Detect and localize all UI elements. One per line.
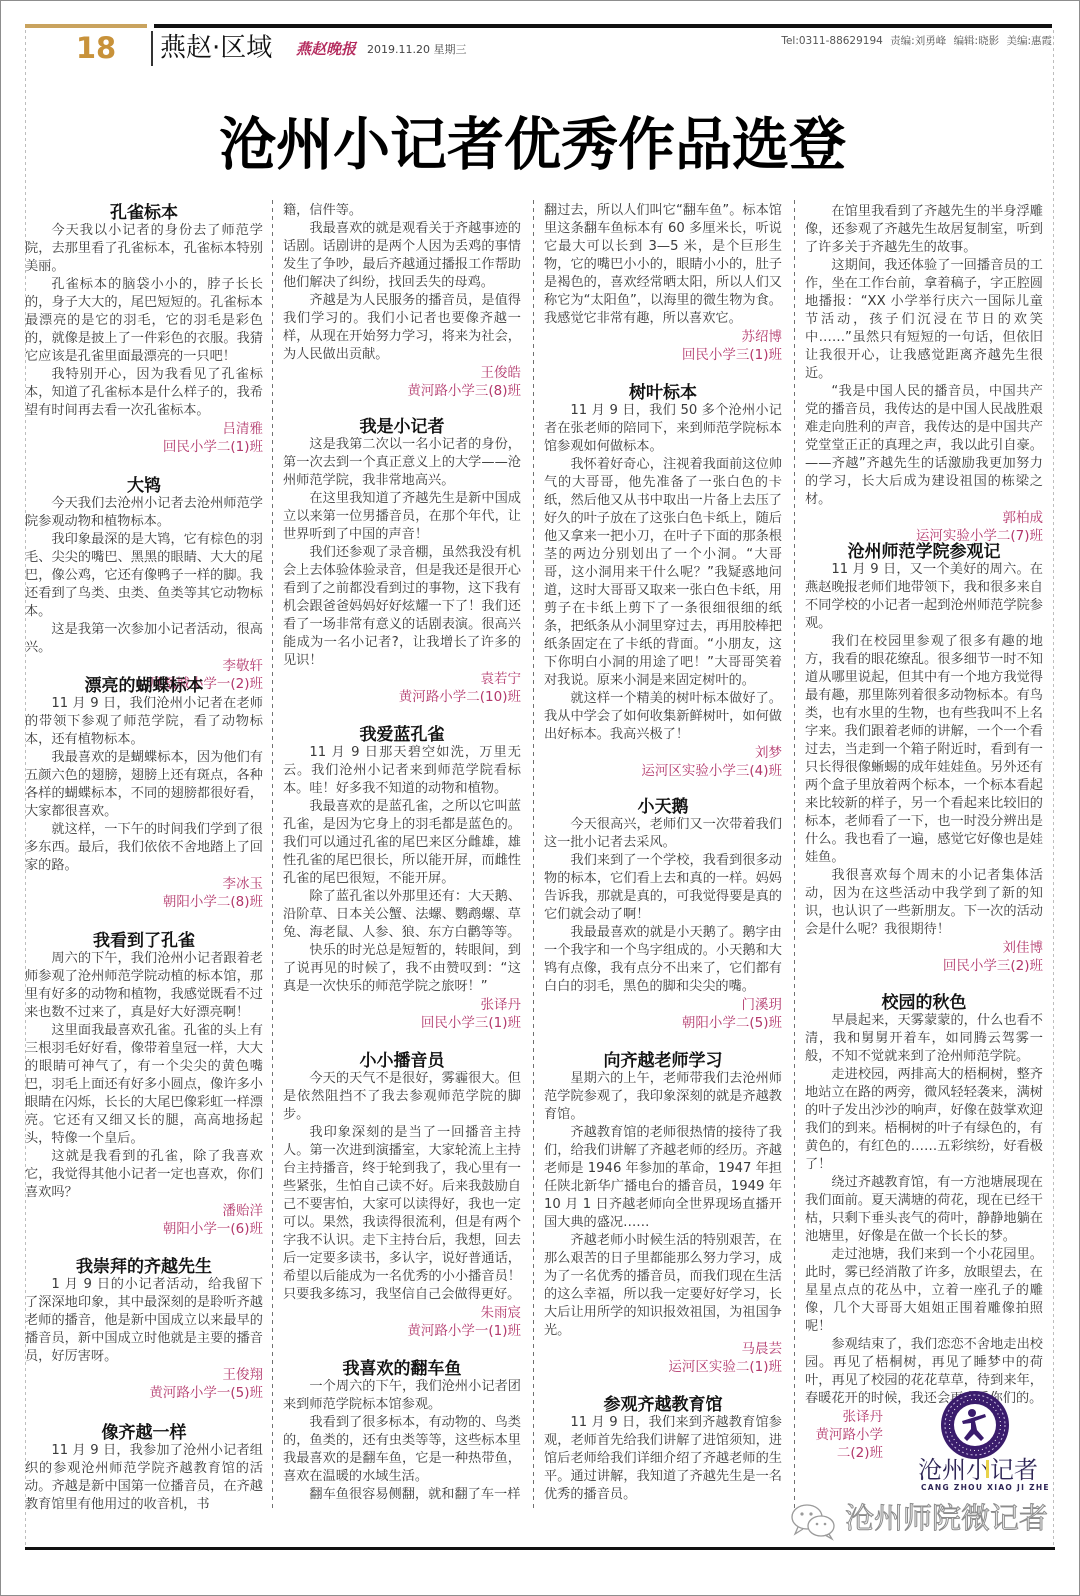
article: 孔雀标本今天我以小记者的身份去了师范学院，去那里看了孔雀标本，孔雀标本特别美丽。… <box>25 204 263 456</box>
paragraph: 这是我第二次以一名小记者的身份，第一次去到一个真正意义上的大学——沧州师范学院，… <box>283 436 521 490</box>
paragraph: 11 月 9 日，我们 50 多个沧州小记者在张老师的陪同下，来到师范学院标本馆… <box>544 402 782 456</box>
author-name: 苏绍博 <box>544 328 782 346</box>
paragraph: 这是我第一次参加小记者活动，很高兴。 <box>25 621 263 657</box>
paragraph: 我最喜欢的是蝴蝶标本，因为他们有五颜六色的翅膀，翅膀上还有斑点，各种各样的蝴蝶标… <box>25 749 263 821</box>
paragraph: 11 月 9 日那天碧空如洗，万里无云。我们沧州小记者来到师范学院看标本。哇！好… <box>283 744 521 798</box>
article-title: 大鸨 <box>25 477 263 495</box>
article-title: 漂亮的蝴蝶标本 <box>25 677 263 695</box>
author-name: 李冰玉 <box>25 875 263 893</box>
article-continuation: 在馆里我看到了齐越先生的半身浮雕像，还参观了齐越先生故居复制室，听到了许多关于齐… <box>805 203 1043 545</box>
article: 我看到了孔雀周六的下午，我们沧州小记者跟着老师参观了沧州师范学院动植的标本馆，那… <box>25 932 263 1238</box>
paragraph: 这里面我最喜欢孔雀。孔雀的头上有三根羽毛好好看，像带着皇冠一样，大大的眼睛可神气… <box>25 1022 263 1148</box>
paragraph: 走过池塘，我们来到一个小花园里。此时，雾已经消散了许多，放眼望去，在星星点点的花… <box>805 1246 1043 1336</box>
paragraph: 齐越是为人民服务的播音员，是值得我们学习的。我们小记者也要像齐越一样，从现在开始… <box>283 292 521 364</box>
paragraph: 今天很高兴，老师们又一次带着我们这一批小记者去采风。 <box>544 816 782 852</box>
author-school: 回民小学二(1)班 <box>25 438 263 456</box>
paragraph: 11 月 9 日，又一个美好的周六。在燕赵晚报老师们地带领下，我和很多来自不同学… <box>805 561 1043 633</box>
article: 我爱蓝孔雀11 月 9 日那天碧空如洗，万里无云。我们沧州小记者来到师范学院看标… <box>283 726 521 1032</box>
author-school: 黄河路小学一(1)班 <box>283 1322 521 1340</box>
byline: 潘贻洋朝阳小学一(6)班 <box>25 1202 263 1238</box>
continued-paragraph: 籍，信件等。 <box>283 202 521 220</box>
article: 沧州师范学院参观记11 月 9 日，又一个美好的周六。在燕赵晚报老师们地带领下，… <box>805 543 1043 975</box>
byline: 门溪玥朝阳小学二(5)班 <box>544 996 782 1032</box>
article-title: 像齐越一样 <box>25 1424 263 1442</box>
article-title: 我喜欢的翻车鱼 <box>283 1360 521 1378</box>
column-1: 孔雀标本今天我以小记者的身份去了师范学院，去那里看了孔雀标本，孔雀标本特别美丽。… <box>25 0 263 1596</box>
column-separator <box>272 200 273 1512</box>
paragraph: 走进校园，两排高大的梧桐树，整齐地站立在路的两旁，微风轻轻袭来，满树的叶子发出沙… <box>805 1066 1043 1174</box>
article-title: 校园的秋色 <box>805 994 1043 1012</box>
logo-name: 沧州小记者 <box>918 1456 1038 1484</box>
paragraph: 我们还参观了录音棚，虽然我没有机会上去体验体验录音，但是我还是很开心看到了之前都… <box>283 544 521 670</box>
paragraph: 这就是我看到的孔雀，除了我喜欢它，我觉得其他小记者一定也喜欢，你们喜欢吗？ <box>25 1148 263 1202</box>
article-title: 我爱蓝孔雀 <box>283 726 521 744</box>
author-school: 回民小学三(1)班 <box>544 346 782 364</box>
paragraph: 齐越老师小时候生活的特别艰苦，在那么艰苦的日子里都能那么努力学习，成为了一名优秀… <box>544 1232 782 1340</box>
paragraph: 周六的下午，我们沧州小记者跟着老师参观了沧州师范学院动植的标本馆，那里有好多的动… <box>25 950 263 1022</box>
column-2: 籍，信件等。我最喜欢的就是观看关于齐越事迹的话剧。话剧讲的是两个人因为丢鸡的事情… <box>283 0 521 1596</box>
author-school: 运河区实验二(1)班 <box>544 1358 782 1376</box>
paragraph: 在馆里我看到了齐越先生的半身浮雕像，还参观了齐越先生故居复制室，听到了许多关于齐… <box>805 203 1043 257</box>
paragraph: 今天我们去沧州小记者去沧州师范学院参观动物和植物标本。 <box>25 495 263 531</box>
article: 像齐越一样11 月 9 日，我参加了沧州小记者组织的参观沧州师范学院齐越教育馆的… <box>25 1424 263 1514</box>
column-4: 在馆里我看到了齐越先生的半身浮雕像，还参观了齐越先生故居复制室，听到了许多关于齐… <box>805 0 1043 1596</box>
paragraph: 我印象最深的是大鸨，它有棕色的羽毛、尖尖的嘴巴、黑黑的眼睛、大大的尾巴，像公鸡，… <box>25 531 263 621</box>
logo-accent-bar <box>986 1460 989 1478</box>
author-school: 黄河路小学一(5)班 <box>25 1384 263 1402</box>
article: 我崇拜的齐越先生1 月 9 日的小记者活动，给我留下了深深地印象，其中最深刻的是… <box>25 1258 263 1402</box>
right-frame-line <box>1053 30 1054 1547</box>
wechat-icon <box>790 1503 838 1545</box>
article-title: 参观齐越教育馆 <box>544 1396 782 1414</box>
article: 大鸨今天我们去沧州小记者去沧州师范学院参观动物和植物标本。我印象最深的是大鸨，它… <box>25 477 263 693</box>
column-separator <box>794 200 795 1512</box>
paragraph: 这期间，我还体验了一回播音员的工作，坐在工作台前，拿着稿子，字正腔圆地播报：“X… <box>805 257 1043 383</box>
author-name: 张译丹 <box>283 996 521 1014</box>
author-school: 黄河路小学三(8)班 <box>283 382 521 400</box>
article: 我喜欢的翻车鱼一个周六的下午，我们沧州小记者团来到师范学院标本馆参观。我看到了很… <box>283 1360 521 1504</box>
article-continuation: 翻过去，所以人们叫它“翻车鱼”。标本馆里这条翻车鱼标本有 60 多厘米长，听说它… <box>544 202 782 364</box>
byline: 王俊皓黄河路小学三(8)班 <box>283 364 521 400</box>
author-name: 吕清雅 <box>25 420 263 438</box>
author-school: 黄河路小学二(2)班 <box>815 1426 883 1462</box>
byline: 刘梦运河区实验小学三(4)班 <box>544 744 782 780</box>
author-name: 马晨芸 <box>544 1340 782 1358</box>
byline: 苏绍博回民小学三(1)班 <box>544 328 782 364</box>
author-name: 王俊皓 <box>283 364 521 382</box>
article: 小天鹅今天很高兴，老师们又一次带着我们这一批小记者去采风。我们来到了一个学校，我… <box>544 798 782 1032</box>
article-title: 小天鹅 <box>544 798 782 816</box>
article-title: 我崇拜的齐越先生 <box>25 1258 263 1276</box>
byline: 王俊翔黄河路小学一(5)班 <box>25 1366 263 1402</box>
article-continuation: 籍，信件等。我最喜欢的就是观看关于齐越事迹的话剧。话剧讲的是两个人因为丢鸡的事情… <box>283 202 521 400</box>
byline: 袁若宁黄河路小学二(10)班 <box>283 670 521 706</box>
paragraph: 今天的天气不是很好，雾霾很大。但是依然阻挡不了我去参观师范学院的脚步。 <box>283 1070 521 1124</box>
paragraph: 齐越教育馆的老师很热情的接待了我们，给我们讲解了齐越老师的经历。齐越老师是 19… <box>544 1124 782 1232</box>
article-title: 我是小记者 <box>283 418 521 436</box>
paragraph: 我最喜欢的就是观看关于齐越事迹的话剧。话剧讲的是两个人因为丢鸡的事情发生了争吵，… <box>283 220 521 292</box>
paragraph: 我印象深刻的是当了一回播音主持人。第一次进到演播室，大家轮流上主持台主持播音，终… <box>283 1124 521 1304</box>
paragraph: 我最喜欢的是蓝孔雀，之所以它叫蓝孔雀，是因为它身上的羽毛都是蓝色的。我们可以通过… <box>283 798 521 888</box>
paragraph: “我是中国人民的播音员，中国共产党的播音员，我传达的是中国人民战胜艰难走向胜利的… <box>805 383 1043 509</box>
paragraph: 我们在校园里参观了很多有趣的地方，我看的眼花缭乱。很多细节一时不知道从哪里说起，… <box>805 633 1043 867</box>
paragraph: 除了蓝孔雀以外那里还有：大天鹅、沿阶草、日本关公蟹、法螺、鹦鹉螺、草兔、海老鼠、… <box>283 888 521 942</box>
paragraph: 今天我以小记者的身份去了师范学院，去那里看了孔雀标本，孔雀标本特别美丽。 <box>25 222 263 276</box>
paragraph: 绕过齐越教育馆，有一方池塘展现在我们面前。夏天满塘的荷花，现在已经干枯，只剩下垂… <box>805 1174 1043 1246</box>
author-name: 张译丹 <box>815 1408 883 1426</box>
author-name: 袁若宁 <box>283 670 521 688</box>
byline: 刘佳博回民小学三(2)班 <box>805 939 1043 975</box>
paragraph: 就这样，一下午的时间我们学到了很多东西。最后，我们依依不舍地踏上了回家的路。 <box>25 821 263 875</box>
author-name: 李敬轩 <box>25 657 263 675</box>
byline: 张译丹黄河路小学二(2)班 <box>815 1408 883 1462</box>
paragraph: 快乐的时光总是短暂的，转眼间，到了说再见的时候了，我不由赞叹到：“这真是一次快乐… <box>283 942 521 996</box>
paragraph: 星期六的上午，老师带我们去沧州师范学院参观了，我印象深刻的就是齐越教育馆。 <box>544 1070 782 1124</box>
paragraph: 我看到了很多标本，有动物的、鸟类的，鱼类的，还有虫类等等，这些标本里我最喜欢的是… <box>283 1414 521 1486</box>
paragraph: 我很喜欢每个周末的小记者集体活动，因为在这些活动中我学到了新的知识，也认识了一些… <box>805 867 1043 939</box>
paragraph: 早晨起来，天雾蒙蒙的，什么也看不清，我和舅舅开着车，如同腾云驾雾一般，不知不觉就… <box>805 1012 1043 1066</box>
author-name: 郭柏成 <box>805 509 1043 527</box>
article: 我是小记者这是我第二次以一名小记者的身份，第一次去到一个真正意义上的大学——沧州… <box>283 418 521 706</box>
author-school: 朝阳小学一(6)班 <box>25 1220 263 1238</box>
paragraph: 11 月 9 日，我们沧州小记者在老师的带领下参观了师范学院，看了动物标本，还有… <box>25 695 263 749</box>
author-school: 回民小学三(1)班 <box>283 1014 521 1032</box>
byline: 朱雨宸黄河路小学一(1)班 <box>283 1304 521 1340</box>
child-reporter-emblem-icon <box>940 1390 1010 1464</box>
paragraph: 孔雀标本的脑袋小小的，脖子长长的，身子大大的，尾巴短短的。孔雀标本最漂亮的是它的… <box>25 276 263 366</box>
article: 漂亮的蝴蝶标本11 月 9 日，我们沧州小记者在老师的带领下参观了师范学院，看了… <box>25 677 263 911</box>
byline: 马晨芸运河区实验二(1)班 <box>544 1340 782 1376</box>
paragraph: 我们来到了一个学校，我看到很多动物的标本，它们看上去和真的一样。妈妈告诉我，那就… <box>544 852 782 924</box>
paragraph: 11 月 9 日，我参加了沧州小记者组织的参观沧州师范学院齐越教育馆的活动。齐越… <box>25 1442 263 1514</box>
continued-paragraph: 翻过去，所以人们叫它“翻车鱼”。标本馆里这条翻车鱼标本有 60 多厘米长，听说它… <box>544 202 782 328</box>
paragraph: 我怀着好奇心，注视着我面前这位帅气的大哥哥，他先准备了一张白色的卡纸，然后他又从… <box>544 456 782 690</box>
author-school: 回民小学三(2)班 <box>805 957 1043 975</box>
author-name: 朱雨宸 <box>283 1304 521 1322</box>
article-title: 沧州师范学院参观记 <box>805 543 1043 561</box>
byline: 李冰玉朝阳小学二(8)班 <box>25 875 263 911</box>
author-name: 刘佳博 <box>805 939 1043 957</box>
author-school: 朝阳小学二(5)班 <box>544 1014 782 1032</box>
author-school: 运河区实验小学三(4)班 <box>544 762 782 780</box>
logo-pinyin: CANG ZHOU XIAO JI ZHE <box>921 1483 1050 1492</box>
column-3: 翻过去，所以人们叫它“翻车鱼”。标本馆里这条翻车鱼标本有 60 多厘米长，听说它… <box>544 0 782 1596</box>
article-title: 树叶标本 <box>544 384 782 402</box>
article-title: 我看到了孔雀 <box>25 932 263 950</box>
author-name: 刘梦 <box>544 744 782 762</box>
author-school: 黄河路小学二(10)班 <box>283 688 521 706</box>
watermark-text: 沧州师院微记者 <box>845 1500 1048 1536</box>
byline: 张译丹回民小学三(1)班 <box>283 996 521 1032</box>
byline: 郭柏成运河实验小学二(7)班 <box>805 509 1043 545</box>
paragraph: 在这里我知道了齐越先生是新中国成立以来第一位男播音员，在那个年代，让世界听到了中… <box>283 490 521 544</box>
byline: 吕清雅回民小学二(1)班 <box>25 420 263 456</box>
paragraph: 一个周六的下午，我们沧州小记者团来到师范学院标本馆参观。 <box>283 1378 521 1414</box>
paragraph: 11 月 9 日，我们来到齐越教育馆参观，老师首先给我们讲解了进馆须知，进馆后老… <box>544 1414 782 1504</box>
paragraph: 就这样一个精美的树叶标本做好了。我从中学会了如何收集新鲜树叶，如何做出好标本。我… <box>544 690 782 744</box>
article: 树叶标本11 月 9 日，我们 50 多个沧州小记者在张老师的陪同下，来到师范学… <box>544 384 782 780</box>
author-name: 门溪玥 <box>544 996 782 1014</box>
column-separator <box>533 200 534 1512</box>
article: 向齐越老师学习星期六的上午，老师带我们去沧州师范学院参观了，我印象深刻的就是齐越… <box>544 1052 782 1376</box>
paragraph: 我最最喜欢的就是小天鹅了。鹅字由一个我字和一个鸟字组成的。小天鹅和大鸨有点像，我… <box>544 924 782 996</box>
article-title: 孔雀标本 <box>25 204 263 222</box>
paragraph: 翻车鱼很容易侧翻，就和翻了车一样 <box>283 1486 521 1504</box>
paragraph: 1 月 9 日的小记者活动，给我留下了深深地印象，其中最深刻的是聆听齐越老师的播… <box>25 1276 263 1366</box>
article: 参观齐越教育馆11 月 9 日，我们来到齐越教育馆参观，老师首先给我们讲解了进馆… <box>544 1396 782 1504</box>
author-school: 朝阳小学二(8)班 <box>25 893 263 911</box>
footer-rule <box>25 1547 1055 1550</box>
article: 小小播音员今天的天气不是很好，雾霾很大。但是依然阻挡不了我去参观师范学院的脚步。… <box>283 1052 521 1340</box>
author-name: 王俊翔 <box>25 1366 263 1384</box>
article-title: 小小播音员 <box>283 1052 521 1070</box>
author-name: 潘贻洋 <box>25 1202 263 1220</box>
article-title: 向齐越老师学习 <box>544 1052 782 1070</box>
paragraph: 我特别开心，因为我看见了孔雀标本，知道了孔雀标本是什么样子的，我希望有时间再去看… <box>25 366 263 420</box>
